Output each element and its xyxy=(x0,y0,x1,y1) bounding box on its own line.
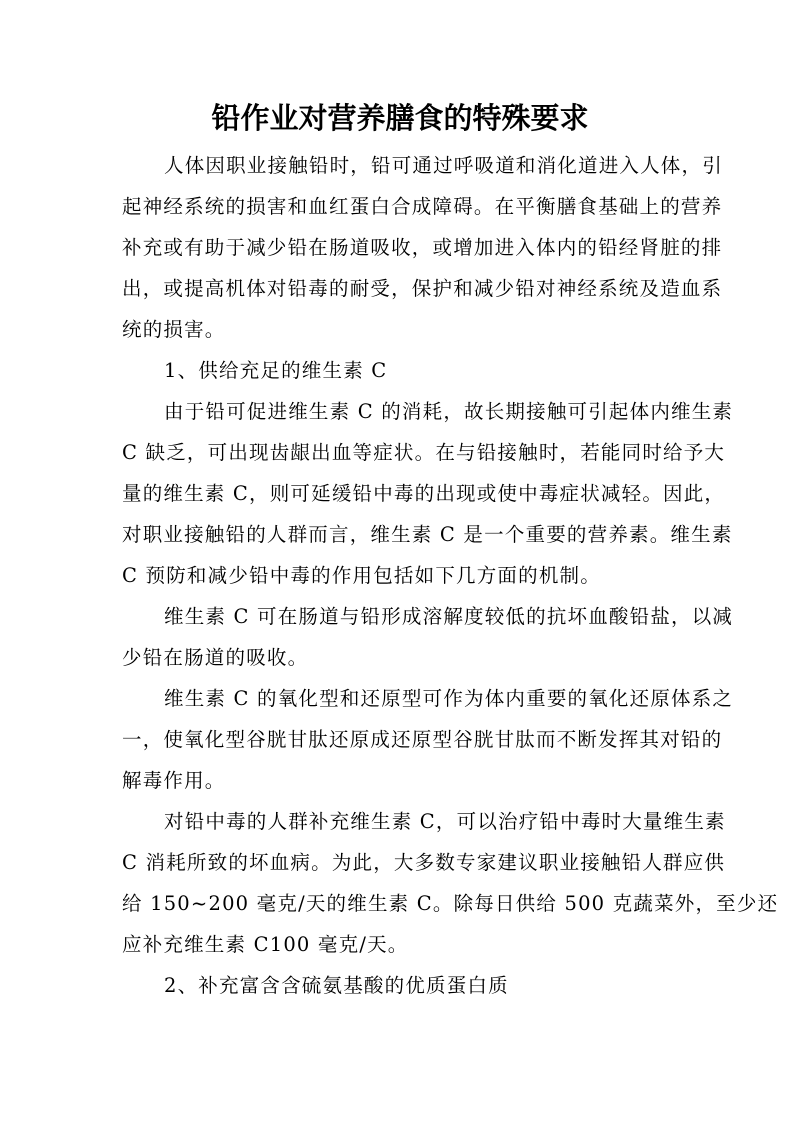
text-line: 一，使氧化型谷胱甘肽还原成还原型谷胱甘肽而不断发挥其对铅的 xyxy=(122,719,682,760)
paragraph-vitc-dosage: 对铅中毒的人群补充维生素 C，可以治疗铅中毒时大量维生素 C 消耗所致的坏血病。… xyxy=(122,801,682,965)
document-body: 人体因职业接触铅时，铅可通过呼吸道和消化道进入人体，引 起神经系统的损害和血红蛋… xyxy=(122,145,682,1006)
text-line: 出，或提高机体对铅毒的耐受，保护和减少铅对神经系统及造血系 xyxy=(122,268,682,309)
document-title: 铅作业对营养膳食的特殊要求 xyxy=(0,98,800,138)
section-heading-text: 1、供给充足的维生素 C xyxy=(122,350,682,391)
text-line: C 消耗所致的坏血病。为此，大多数专家建议职业接触铅人群应供 xyxy=(122,842,682,883)
paragraph-vitc-redox: 维生素 C 的氧化型和还原型可作为体内重要的氧化还原体系之 一，使氧化型谷胱甘肽… xyxy=(122,678,682,801)
text-line: C 缺乏，可出现齿龈出血等症状。在与铅接触时，若能同时给予大 xyxy=(122,432,682,473)
text-line: 对铅中毒的人群补充维生素 C，可以治疗铅中毒时大量维生素 xyxy=(122,801,682,842)
text-line: 给 150~200 毫克/天的维生素 C。除每日供给 500 克蔬菜外，至少还 xyxy=(122,883,682,924)
section-heading-text: 2、补充富含含硫氨基酸的优质蛋白质 xyxy=(122,965,682,1006)
text-line: 维生素 C 的氧化型和还原型可作为体内重要的氧化还原体系之 xyxy=(122,678,682,719)
text-line: 起神经系统的损害和血红蛋白合成障碍。在平衡膳食基础上的营养 xyxy=(122,186,682,227)
text-line: 由于铅可促进维生素 C 的消耗，故长期接触可引起体内维生素 xyxy=(122,391,682,432)
text-line: 统的损害。 xyxy=(122,309,682,350)
section-heading-1: 1、供给充足的维生素 C xyxy=(122,350,682,391)
text-line: 对职业接触铅的人群而言，维生素 C 是一个重要的营养素。维生素 xyxy=(122,514,682,555)
text-line: 解毒作用。 xyxy=(122,760,682,801)
section-heading-2: 2、补充富含含硫氨基酸的优质蛋白质 xyxy=(122,965,682,1006)
paragraph-vitc-consumption: 由于铅可促进维生素 C 的消耗，故长期接触可引起体内维生素 C 缺乏，可出现齿龈… xyxy=(122,391,682,596)
text-line: 少铅在肠道的吸收。 xyxy=(122,637,682,678)
paragraph-intro: 人体因职业接触铅时，铅可通过呼吸道和消化道进入人体，引 起神经系统的损害和血红蛋… xyxy=(122,145,682,350)
text-line: 维生素 C 可在肠道与铅形成溶解度较低的抗坏血酸铅盐，以减 xyxy=(122,596,682,637)
text-line: C 预防和减少铅中毒的作用包括如下几方面的机制。 xyxy=(122,555,682,596)
text-line: 量的维生素 C，则可延缓铅中毒的出现或使中毒症状减轻。因此， xyxy=(122,473,682,514)
text-line: 应补充维生素 C100 毫克/天。 xyxy=(122,924,682,965)
text-line: 补充或有助于减少铅在肠道吸收，或增加进入体内的铅经肾脏的排 xyxy=(122,227,682,268)
document-page: 铅作业对营养膳食的特殊要求 人体因职业接触铅时，铅可通过呼吸道和消化道进入人体，… xyxy=(0,0,800,1132)
text-line: 人体因职业接触铅时，铅可通过呼吸道和消化道进入人体，引 xyxy=(122,145,682,186)
paragraph-vitc-absorption: 维生素 C 可在肠道与铅形成溶解度较低的抗坏血酸铅盐，以减 少铅在肠道的吸收。 xyxy=(122,596,682,678)
